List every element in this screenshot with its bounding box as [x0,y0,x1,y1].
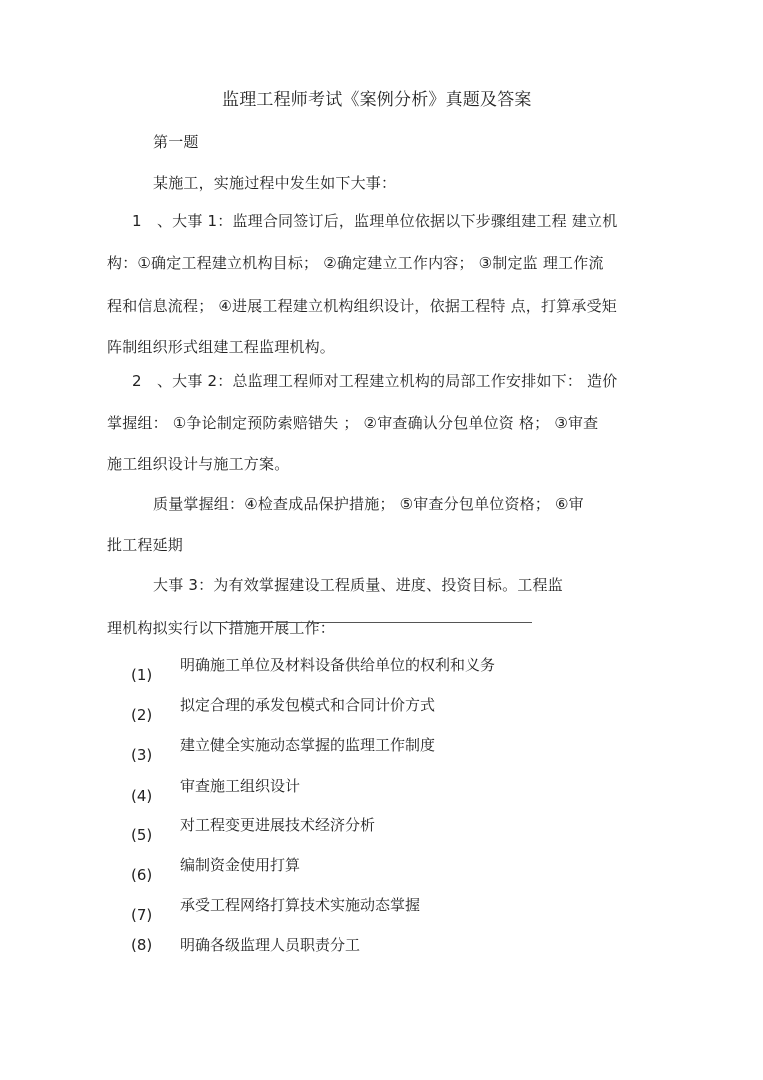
measure-text: 编制资金使用打算 [180,856,300,874]
horizontal-rule [210,622,532,623]
measure-text: 审查施工组织设计 [180,777,300,795]
measure-number: (1) [131,666,152,684]
measure-text: 对工程变更进展技术经济分析 [180,816,375,834]
event1-line: 程和信息流程； ④进展工程建立机构组织设计，依据工程特 点，打算承受矩 [107,297,617,315]
measure-text: 承受工程网络打算技术实施动态掌握 [180,896,420,914]
measure-number: (7) [131,906,152,924]
event1-line: 阵制组织形式组建工程监理机构。 [107,338,335,356]
event2-quality-line: 质量掌握组：④检查成品保护措施； ⑤审查分包单位资格； ⑥审 [153,495,584,513]
intro-paragraph: 某施工，实施过程中发生如下大事： [153,174,396,192]
event2-line: 2 、大事 2：总监理工程师对工程建立机构的局部工作安排如下： 造价 [132,372,617,390]
event3-line: 大事 3：为有效掌握建设工程质量、进度、投资目标。工程监 [153,576,563,594]
measure-text: 建立健全实施动态掌握的监理工作制度 [180,736,435,754]
measure-text: 拟定合理的承发包模式和合同计价方式 [180,696,435,714]
document-title: 监理工程师考试《案例分析》真题及答案 [222,90,532,110]
section-heading: 第一题 [153,133,199,151]
measure-number: (3) [131,746,152,764]
event2-line: 施工组织设计与施工方案。 [107,455,289,473]
event2-quality-line: 批工程延期 [107,536,183,554]
event1-line: 1 、大事 1：监理合同签订后，监理单位依据以下步骤组建工程 建立机 [132,212,617,230]
event1-line: 构：①确定工程建立机构目标； ②确定建立工作内容； ③制定监 理工作流 [107,254,604,272]
measure-number: (4) [131,787,152,805]
measure-number: (5) [131,826,152,844]
measure-number: (6) [131,866,152,884]
event2-line: 掌握组： ①争论制定预防索赔错失 ； ②审查确认分包单位资 格； ③审查 [107,414,598,432]
measure-number: (8) [131,936,152,954]
measure-text: 明确各级监理人员职责分工 [180,936,360,954]
measure-number: (2) [131,706,152,724]
document-page: 监理工程师考试《案例分析》真题及答案 第一题 某施工，实施过程中发生如下大事： … [0,0,763,1080]
measure-text: 明确施工单位及材料设备供给单位的权利和义务 [180,656,495,674]
